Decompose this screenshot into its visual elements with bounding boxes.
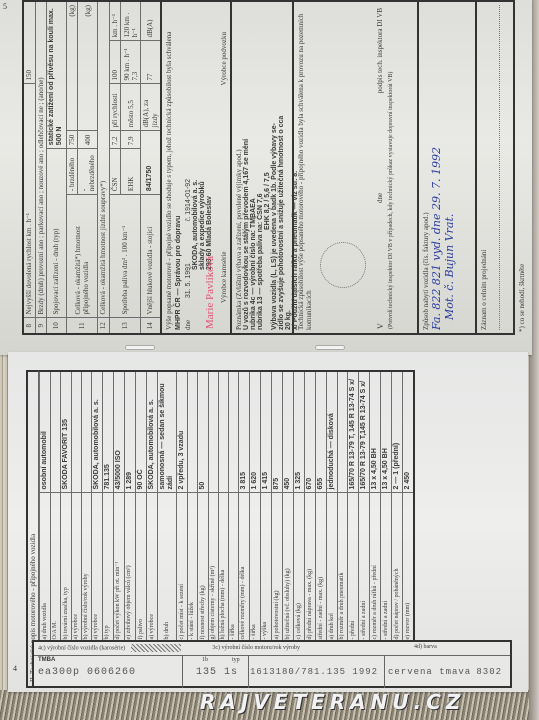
field-value: osobní automobil (40, 371, 51, 493)
row-9: 9 Brzdy (druh) provozní ano ; parkovací … (35, 1, 46, 334)
field-value: 2 — 1 (přední) (392, 371, 403, 493)
field-value: samonosná — sedan se šikmou zádí (158, 371, 177, 493)
field-value: 50 (198, 371, 209, 493)
page-number: 5 (3, 2, 7, 11)
field-value (51, 371, 61, 493)
top-page-content: 8 Nejvyšší dovolená rychlost km . h⁻¹ 15… (22, 0, 532, 335)
field-label: a) výrobce (91, 493, 102, 643)
field-value: 165/70 R 13-79 T,145 R 13-74 S x/ (359, 371, 370, 493)
field-label: c) celková (kg) (294, 493, 305, 643)
field-label: O/A M. (51, 493, 61, 643)
notes-block: Poznámka (Zvláštní výbava a zařízení, po… (232, 0, 294, 335)
approval-number: 1914-01-92 (185, 179, 192, 215)
acquisition-label: Způsob nabytí vozidla (čís. faktury apod… (422, 5, 430, 330)
field-label: - střední a zadní (359, 493, 370, 643)
field-value: 781.135 (102, 371, 113, 493)
field-label: b) druh (158, 493, 177, 643)
field-label: d) počet výkon kW při ot. min⁻¹ (113, 493, 124, 643)
field-value: 655 (316, 371, 327, 493)
field-value (81, 371, 91, 493)
field-label: c) počet míst - k sezení (177, 493, 188, 643)
field-label: a) výrobce (147, 493, 158, 643)
field-value: 2 vpředu, 3 vzadu (177, 371, 188, 493)
field-label: h) ložná plocha (mm) - délka (219, 493, 229, 643)
field-value: 2 450 (403, 371, 415, 493)
inspection-text: Technická způsobilost výše popsaného mot… (297, 5, 313, 330)
field-label: e) zdvihový objem válců (cm³) (124, 493, 135, 643)
field-label: d) přední náprava - max. (kg) (305, 493, 316, 643)
field-value: 90 OČ (135, 371, 146, 493)
type-value: 135 1s (196, 667, 238, 678)
row-10: 10 Spojovací zařízení - druh (typ) stati… (47, 1, 67, 334)
notes-title: Poznámka (Zvláštní výbava a zařízení, po… (235, 5, 243, 330)
field-value: 1 620 (249, 371, 260, 493)
field-value: 1 289 (124, 371, 135, 493)
field-label: - šířka (228, 493, 238, 643)
vehicle-params-table: 8 Nejvyšší dovolená rychlost km . h⁻¹ 15… (22, 0, 162, 335)
signature-name: Marie Pavlíková (204, 256, 216, 329)
field-label: g) objem cisterny - skříně (m³) (209, 493, 219, 643)
vin-value: ea300p 0606260 (38, 667, 136, 678)
field-label: f) nosnost střechy (kg) (198, 493, 209, 643)
manufacturer-line-3: 293 60 Mladá Boleslav (206, 5, 213, 270)
field-value: 875 (271, 371, 282, 493)
field-label: - přední (348, 493, 359, 643)
vin-prefix: TMBA (38, 657, 55, 663)
row-8: 8 Nejvyšší dovolená rychlost km . h⁻¹ 15… (23, 1, 35, 334)
field-value (209, 371, 219, 493)
field-label: a) druh kol (327, 493, 338, 643)
inspector-signature-label: podpis tech. inspektora DI VB (376, 8, 384, 93)
page-number: 4 (13, 664, 17, 673)
watermark: RAJVETERANU.CZ (200, 690, 539, 720)
manufacturer-line-1: ŠKODA, automobilová a. s. (192, 5, 199, 270)
field-label: e) rozvor (mm) (403, 493, 415, 643)
field-label: - šířka (249, 493, 260, 643)
field-value: 450 (282, 371, 293, 493)
field-label: - střední a zadní (381, 493, 392, 643)
field-value (219, 371, 229, 493)
vehicle-id-strip: 4c) výrobní číslo vozidla (karosérie) 3c… (32, 640, 512, 688)
inspection-block: Technická způsobilost výše popsaného mot… (294, 0, 419, 335)
engine-label: 3c) výrobní číslo motoru/rok výroby (212, 645, 300, 651)
field-label: d) počet náprav / poháněných (392, 493, 403, 643)
row-12: 12 Celková - okamžitá hmotnost jízdní so… (98, 1, 109, 334)
engine-value: 1613180/781.135 1992 (250, 667, 378, 677)
field-label: f) palivo (135, 493, 146, 643)
field-label: a) výrobce (71, 493, 81, 643)
field-label: a) pohotovostní (kg) (271, 493, 282, 643)
field-value (228, 371, 238, 493)
vin-label: 4c) výrobní číslo vozidla (karosérie) (38, 645, 125, 651)
field-label: b) tovární značka, typ (60, 493, 71, 643)
acquisition-handwriting-2: Mot. č. Bujun Vrat. (443, 5, 456, 320)
field-value: 13 x 4,50 BH (381, 371, 392, 493)
field-value: ŠKODA FAVORIT 135 (60, 371, 71, 493)
field-label: b) užitečná (vč. obsluhy) (kg) (282, 493, 293, 643)
field-label: b) rozměr a druh pneumatik (338, 493, 348, 643)
field-label: a) druh vozidla (40, 493, 51, 643)
footnote: *) co se nehodí, škrtněte (515, 0, 529, 335)
field-value (188, 371, 198, 493)
field-label: c) rozměr a druh ráfků - přední (370, 493, 381, 643)
field-label: b) výrobní číslo/rok výroby (81, 493, 91, 643)
row-11a: 11 Celková - okamžitá*) hmotnost přípojn… (66, 1, 77, 334)
approval-text: Výše popsané motorové - přípojné vozidlo… (165, 5, 173, 330)
field-label: celkové rozměry (mm) - délka (238, 493, 249, 643)
field-value: 670 (305, 371, 316, 493)
field-value: jednoduchá — disková (327, 371, 338, 493)
field-value: 13 x 4,50 BH (370, 371, 381, 493)
approval-authority: MHPR ČR — Správou pro dopravu (175, 5, 182, 330)
field-label: - výška (260, 493, 271, 643)
staple-right (315, 345, 345, 350)
field-value: 43/5000 ISO (113, 371, 124, 493)
color-code: 8302 (476, 667, 502, 677)
color-label: 4d) barva (414, 644, 437, 650)
customs-block: Záznam o celním projednání (477, 0, 515, 335)
acquisition-block: Způsob nabytí vozidla (čís. faktury apod… (419, 0, 477, 335)
manufacturer-line-2: sklady a expedice výrobků (199, 5, 206, 270)
field-value: 165/70 R 13-79 T, 145 R 13-74 S x/ (348, 371, 359, 493)
field-value: ŠKODA, automobilová a. s. (91, 371, 102, 493)
field-label: - k stání - lůžek (188, 493, 198, 643)
approval-block: Výše popsané motorové - přípojné vozidlo… (162, 0, 232, 335)
approval-date: 31. 5. 1991 (185, 263, 192, 298)
field-label: b) typ (102, 493, 113, 643)
customs-label: Záznam o celním projednání (480, 5, 488, 330)
field-value: 1 415 (260, 371, 271, 493)
field-value: 1 325 (294, 371, 305, 493)
field-value (71, 371, 81, 493)
staple-left (125, 345, 155, 350)
stamp-circle (320, 242, 366, 288)
row-14: 14 Vnější hlukové vozidla - stojící 84/1… (141, 1, 161, 334)
row-13a: 13 Spotřeba paliva dm³ . 100 km⁻¹ ČSN 7,… (109, 1, 120, 334)
field-value: 3 815 (238, 371, 249, 493)
field-value: ŠKODA, automobilová a. s. (147, 371, 158, 493)
acquisition-handwriting-1: Fa. 822 821 vyd. dne 29. 7. 1992 (430, 5, 443, 330)
inspector-note: (Potvrdí technický inspektor DI VB v pří… (388, 6, 394, 329)
color-value: cervena tmava (388, 667, 471, 677)
field-value (338, 371, 348, 493)
field-label: střední - zadní - max. (kg) (316, 493, 327, 643)
